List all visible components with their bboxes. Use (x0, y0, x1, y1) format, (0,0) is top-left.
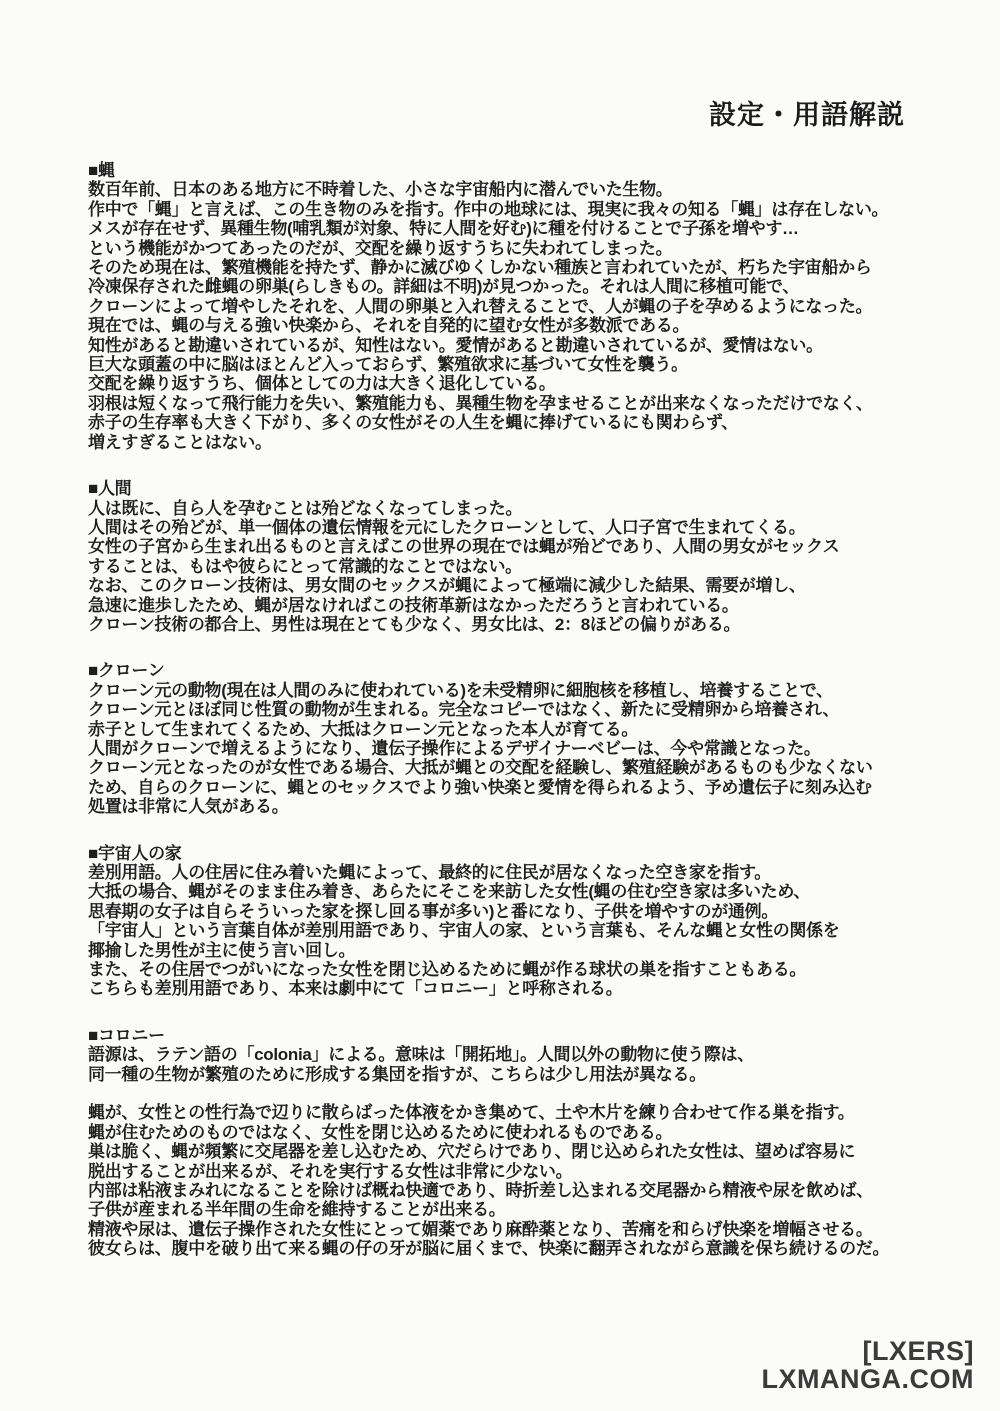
text-line: 揶揄した男性が主に使う言い回し。 (88, 941, 933, 960)
text-line: クローンによって増やしたそれを、人間の卵巣と入れ替えることで、人が蝿の子を孕める… (88, 297, 933, 316)
text-line: 赤子の生存率も大きく下がり、多くの女性がその人生を蝿に捧げているにも関わらず、 (88, 413, 933, 432)
text-line: 冷凍保存された雌蝿の卵巣(らしきもの。詳細は不明)が見つかった。それは人間に移植… (88, 277, 933, 296)
text-line: 知性があると勘違いされているが、知性はない。愛情があると勘違いされているが、愛情… (88, 336, 933, 355)
text-line: 差別用語。人の住居に住み着いた蝿によって、最終的に住民が居なくなった空き家を指す… (88, 863, 933, 882)
text-line: クローン元となったのが女性である場合、大抵が蝿との交配を経験し、繁殖経験があるも… (88, 758, 933, 777)
text-line: 現在では、蝿の与える強い快楽から、それを自発的に望む女性が多数派である。 (88, 316, 933, 335)
text-line: することは、もはや彼らにとって常識的なことではない。 (88, 557, 933, 576)
watermark-site-url: LXMANGA.COM (762, 1365, 974, 1393)
text-line: 増えすぎることはない。 (88, 433, 933, 452)
text-line: そのため現在は、繁殖機能を持たず、静かに滅びゆくしかない種族と言われていたが、朽… (88, 258, 933, 277)
text-line: 羽根は短くなって飛行能力を失い、繁殖能力も、異種生物を孕ませることが出来なくなっ… (88, 394, 933, 413)
text-line: 語源は、ラテン語の「colonia」による。意味は「開拓地」。人間以外の動物に使… (88, 1045, 933, 1064)
watermark-group-name: [LXERS] (762, 1337, 974, 1365)
glossary-content: ■蝿数百年前、日本のある地方に不時着した、小さな宇宙船内に潜んでいた生物。作中で… (88, 161, 933, 1286)
text-line: 急速に進歩したため、蝿が居なければこの技術革新はなかっただろうと言われている。 (88, 596, 933, 615)
watermark: [LXERS] LXMANGA.COM (762, 1337, 974, 1393)
page-title: 設定・用語解説 (0, 93, 905, 132)
text-line: 蝿が、女性との性行為で辺りに散らばった体液をかき集めて、土や木片を練り合わせて作… (88, 1103, 933, 1122)
text-line: メスが存在せず、異種生物(哺乳類が対象、特に人間を好む)に種を付けることで子孫を… (88, 219, 933, 238)
text-line: 数百年前、日本のある地方に不時着した、小さな宇宙船内に潜んでいた生物。 (88, 180, 933, 199)
text-line: 処置は非常に人気がある。 (88, 797, 933, 816)
text-line: クローン元の動物(現在は人間のみに使われている)を未受精卵に細胞核を移植し、培養… (88, 681, 933, 700)
text-line: 人間がクローンで増えるようになり、遺伝子操作によるデザイナーベビーは、今や常識と… (88, 739, 933, 758)
text-line: 人は既に、自ら人を孕むことは殆どなくなってしまった。 (88, 499, 933, 518)
text-line: ため、自らのクローンに、蝿とのセックスでより強い快楽と愛情を得られるよう、予め遺… (88, 778, 933, 797)
text-line: クローン技術の都合上、男性は現在とても少なく、男女比は、2：8ほどの偏りがある。 (88, 615, 933, 634)
text-line: 内部は粘液まみれになることを除けば概ね快適であり、時折差し込まれる交尾器から精液… (88, 1181, 933, 1200)
text-line: 交配を繰り返すうち、個体としての力は大きく退化している。 (88, 374, 933, 393)
text-line: 思春期の女子は自らそういった家を探し回る事が多い)と番になり、子供を増やすのが通… (88, 902, 933, 921)
glossary-section: ■コロニー語源は、ラテン語の「colonia」による。意味は「開拓地」。人間以外… (88, 1026, 933, 1259)
text-line: 精液や尿は、遺伝子操作された女性にとって媚薬であり麻酔薬となり、苦痛を和らげ快楽… (88, 1220, 933, 1239)
document-page: 設定・用語解説 ■蝿数百年前、日本のある地方に不時着した、小さな宇宙船内に潜んで… (0, 0, 1000, 1411)
text-line: 蝿が住むためのものではなく、女性を閉じ込めるために使われるものである。 (88, 1123, 933, 1142)
text-line: なお、このクローン技術は、男女間のセックスが蝿によって極端に減少した結果、需要が… (88, 576, 933, 595)
text-line: 作中で「蝿」と言えば、この生き物のみを指す。作中の地球には、現実に我々の知る「蝿… (88, 200, 933, 219)
glossary-section: ■蝿数百年前、日本のある地方に不時着した、小さな宇宙船内に潜んでいた生物。作中で… (88, 161, 933, 452)
text-line: という機能がかつてあったのだが、交配を繰り返すうちに失われてしまった。 (88, 239, 933, 258)
text-line: また、その住居でつがいになった女性を閉じ込めるために蝿が作る球状の巣を指すことも… (88, 960, 933, 979)
text-line: 「宇宙人」という言葉自体が差別用語であり、宇宙人の家、という言葉も、そんな蝿と女… (88, 921, 933, 940)
section-header: ■コロニー (88, 1026, 933, 1045)
text-line: クローン元とほぼ同じ性質の動物が生まれる。完全なコピーではなく、新たに受精卵から… (88, 700, 933, 719)
section-header: ■クローン (88, 661, 933, 680)
glossary-section: ■宇宙人の家差別用語。人の住居に住み着いた蝿によって、最終的に住民が居なくなった… (88, 844, 933, 999)
text-line: こちらも差別用語であり、本来は劇中にて「コロニー」と呼称される。 (88, 979, 933, 998)
section-header: ■宇宙人の家 (88, 844, 933, 863)
text-line: 同一種の生物が繁殖のために形成する集団を指すが、こちらは少し用法が異なる。 (88, 1065, 933, 1084)
text-line: 赤子として生まれてくるため、大抵はクローン元となった本人が育てる。 (88, 720, 933, 739)
text-line: 大抵の場合、蝿がそのまま住み着き、あらたにそこを来訪した女性(蝿の住む空き家は多… (88, 882, 933, 901)
section-header: ■人間 (88, 479, 933, 498)
text-line (88, 1084, 933, 1103)
text-line: 巣は脆く、蝿が頻繁に交尾器を差し込むため、穴だらけであり、閉じ込められた女性は、… (88, 1142, 933, 1161)
text-line: 人間はその殆どが、単一個体の遺伝情報を元にしたクローンとして、人口子宮で生まれて… (88, 518, 933, 537)
glossary-section: ■クローンクローン元の動物(現在は人間のみに使われている)を未受精卵に細胞核を移… (88, 661, 933, 816)
glossary-section: ■人間人は既に、自ら人を孕むことは殆どなくなってしまった。人間はその殆どが、単一… (88, 479, 933, 634)
text-line: 巨大な頭蓋の中に脳はほとんど入っておらず、繁殖欲求に基づいて女性を襲う。 (88, 355, 933, 374)
text-line: 脱出することが出来るが、それを実行する女性は非常に少ない。 (88, 1162, 933, 1181)
text-line: 女性の子宮から生まれ出るものと言えばこの世界の現在では蝿が殆どであり、人間の男女… (88, 537, 933, 556)
text-line: 彼女らは、腹中を破り出て来る蝿の仔の牙が脳に届くまで、快楽に翻弄されながら意識を… (88, 1239, 933, 1258)
text-line: 子供が産まれる半年間の生命を維持することが出来る。 (88, 1200, 933, 1219)
section-header: ■蝿 (88, 161, 933, 180)
